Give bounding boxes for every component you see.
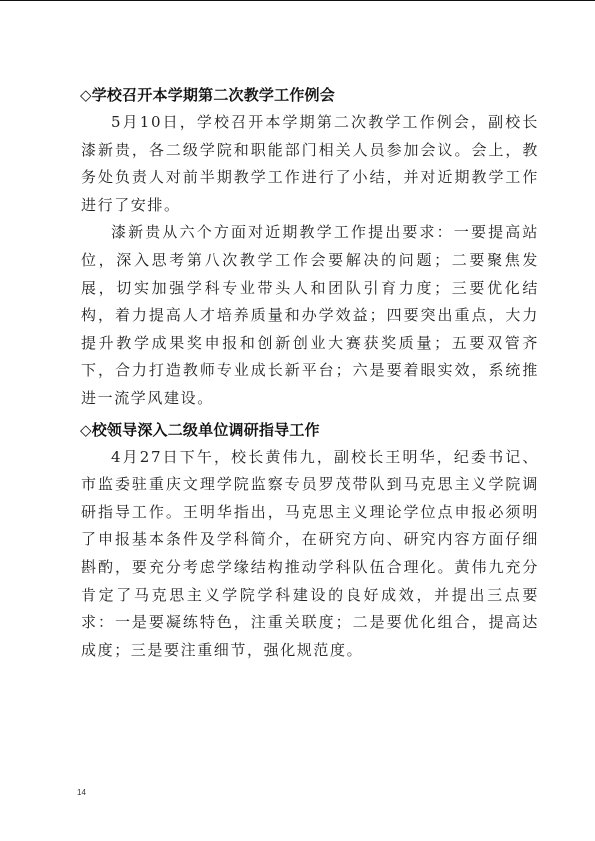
section-leadership-research: ◇校领导深入二级单位调研指导工作 4月27日下午，校长黄伟九，副校长王明华，纪委… bbox=[81, 417, 539, 665]
section-heading: ◇学校召开本学期第二次教学工作例会 bbox=[80, 82, 539, 109]
section-teaching-meeting: ◇学校召开本学期第二次教学工作例会 5月10日，学校召开本学期第二次教学工作例会… bbox=[81, 82, 539, 413]
page-number: 14 bbox=[77, 788, 86, 797]
paragraph: 5月10日，学校召开本学期第二次教学工作例会，副校长漆新贵，各二级学院和职能部门… bbox=[81, 109, 539, 219]
paragraph: 4月27日下午，校长黄伟九，副校长王明华，纪委书记、市监委驻重庆文理学院监察专员… bbox=[81, 444, 539, 665]
page-content: ◇学校召开本学期第二次教学工作例会 5月10日，学校召开本学期第二次教学工作例会… bbox=[81, 82, 539, 664]
paragraph: 漆新贵从六个方面对近期教学工作提出要求：一要提高站位，深入思考第八次教学工作会要… bbox=[81, 219, 539, 412]
top-rule bbox=[0, 0, 595, 1]
section-heading: ◇校领导深入二级单位调研指导工作 bbox=[80, 417, 539, 444]
